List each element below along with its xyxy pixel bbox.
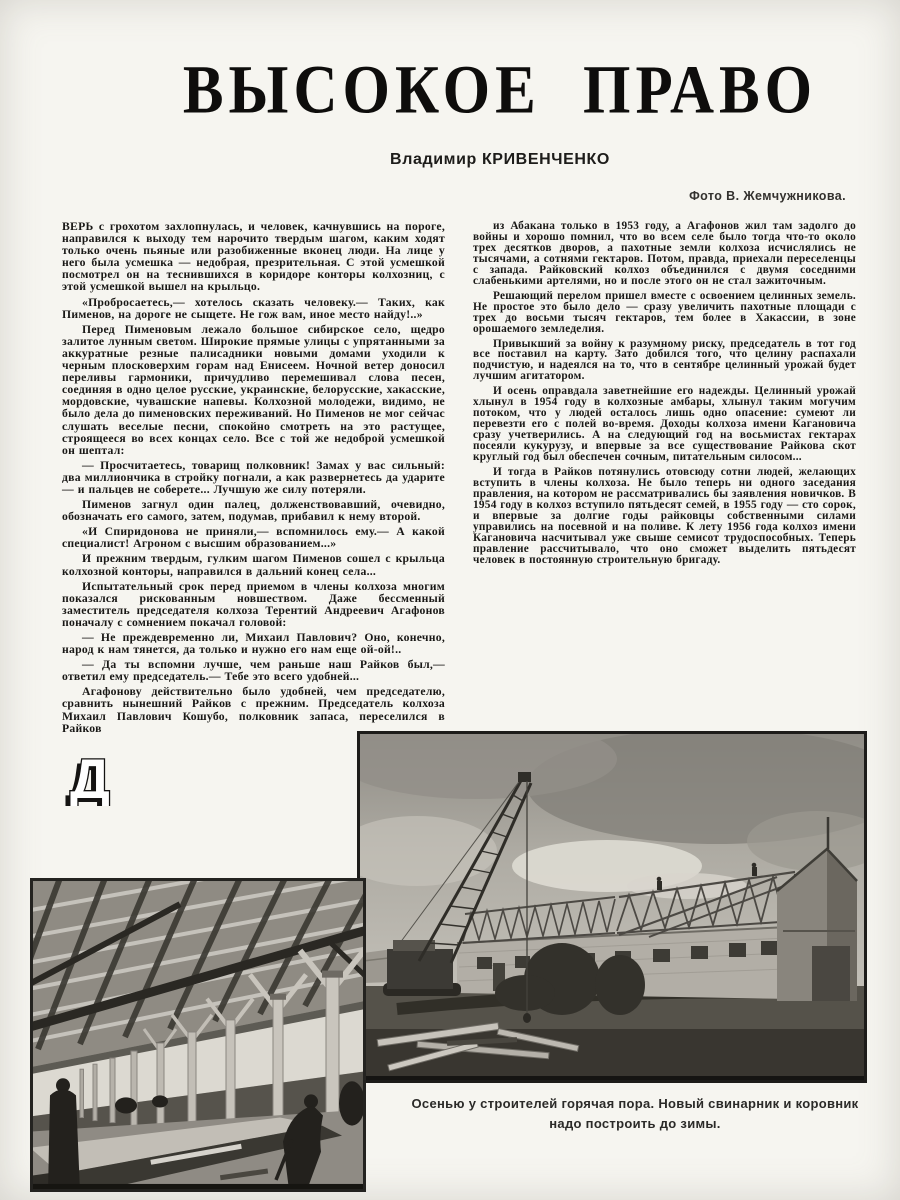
photo-caption: Осенью у строителей горячая пора. Новый …	[400, 1094, 870, 1134]
construction-crane-photo	[357, 731, 867, 1083]
paragraph: Агафонову действительно было удобней, че…	[62, 686, 446, 734]
article-author: Владимир КРИВЕНЧЕНКО	[90, 151, 900, 169]
paragraph: из Абакана только в 1953 году, а Агафоно…	[473, 221, 856, 287]
paragraph: Пименов загнул один палец, долженствовав…	[62, 499, 446, 523]
paragraph: И осень оправдала заветнейшие его надежд…	[473, 386, 856, 463]
paragraph: — Не преждевременно ли, Михаил Павлович?…	[62, 632, 446, 656]
paragraph-text: ВЕРЬ с грохотом захлопнулась, и человек,…	[62, 220, 445, 293]
wrap-strut	[445, 221, 446, 744]
page-title: ВЫСОКОЕ ПРАВО	[90, 52, 900, 130]
paragraph: Решающий перелом пришел вместе с освоени…	[473, 291, 856, 335]
paragraph: «Пробросаетесь,— хотелось сказать челове…	[62, 297, 446, 321]
paragraph: «И Спиридонова не приняли,— вспомнилось …	[62, 526, 446, 550]
paragraph: Привыкший за войну к разумному риску, пр…	[473, 339, 856, 383]
paragraph: Испытательный срок перед приемом в члены…	[62, 581, 446, 629]
drop-cap: Д Д	[62, 746, 112, 806]
drop-cap-letter: Д	[70, 747, 110, 806]
paragraph: И прежним твердым, гулким шагом Пименов …	[62, 553, 446, 577]
paragraph: Перед Пименовым лежало большое сибирское…	[62, 324, 446, 457]
paragraph: Д Д ВЕРЬ с грохотом захлопнулась, и чело…	[62, 221, 446, 294]
photo-credit: Фото В. Жемчужникова.	[689, 189, 846, 203]
right-column: из Абакана только в 1953 году, а Агафоно…	[473, 221, 856, 570]
paragraph: — Да ты вспомни лучше, чем раньше наш Ра…	[62, 659, 446, 683]
magazine-page: ВЫСОКОЕ ПРАВО Владимир КРИВЕНЧЕНКО Фото …	[0, 0, 900, 1200]
construction-interior-photo	[30, 878, 366, 1192]
paragraph: — Просчитаетесь, товарищ полковник! Зама…	[62, 460, 446, 496]
paragraph: И тогда в Райков потянулись отовсюду сот…	[473, 467, 856, 566]
